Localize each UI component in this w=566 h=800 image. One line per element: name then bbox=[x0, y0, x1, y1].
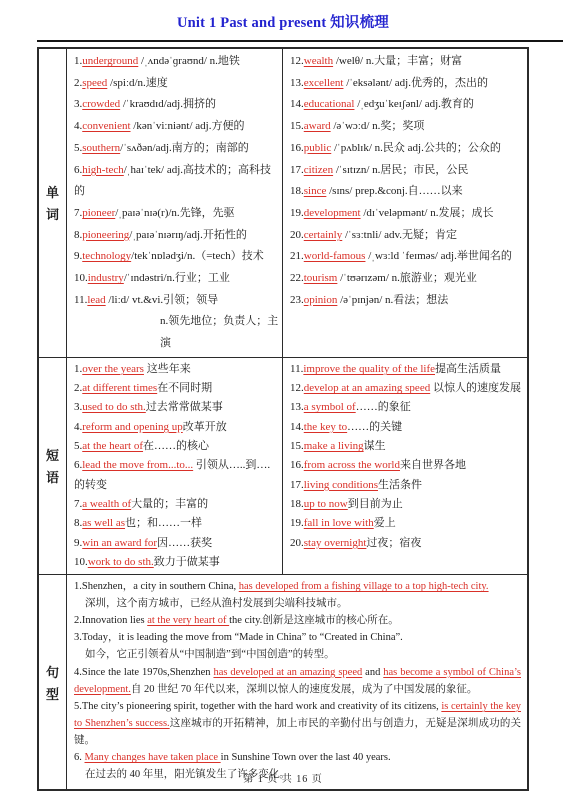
entry-number: 10. bbox=[74, 556, 88, 568]
phrases-section-label: 短语 bbox=[39, 358, 67, 574]
section-label-char: 词 bbox=[46, 204, 59, 223]
entry-keyword: crowded bbox=[82, 98, 120, 110]
word-entry: 1.underground /ˌʌndəˈɡraʊnd/ n.地铁 bbox=[74, 51, 279, 73]
entry-keyword: educational bbox=[304, 98, 355, 110]
entry-meaning: /ˈeksələnt/ adj.优秀的，杰出的 bbox=[343, 77, 488, 89]
entry-number: 20. bbox=[290, 229, 304, 241]
entry-meaning: 大量的；丰富的 bbox=[131, 498, 208, 510]
phrase-entry: 6.lead the move from...to... 引领从…..到….的转… bbox=[74, 456, 279, 495]
entry-meaning: /ˈsʌðən/adj.南方的；南部的 bbox=[120, 142, 249, 154]
entry-keyword: since bbox=[304, 185, 327, 197]
sentence-text: 6. bbox=[74, 752, 85, 763]
entry-number: 19. bbox=[290, 517, 304, 529]
entry-meaning: /əˈwɔːd/ n.奖；奖项 bbox=[331, 120, 425, 132]
entry-number: 20. bbox=[290, 537, 304, 549]
entry-keyword: develop at an amazing speed bbox=[304, 382, 430, 394]
entry-keyword: over the years bbox=[82, 363, 144, 375]
entry-keyword: at the heart of bbox=[82, 440, 143, 452]
entry-keyword: stay overnight bbox=[304, 537, 367, 549]
entry-number: 4. bbox=[74, 120, 82, 132]
entry-number: 5. bbox=[74, 142, 82, 154]
entry-keyword: excellent bbox=[304, 77, 344, 89]
words-left-column: 1.underground /ˌʌndəˈɡraʊnd/ n.地铁2.speed… bbox=[67, 49, 283, 357]
words-content: 1.underground /ˌʌndəˈɡraʊnd/ n.地铁2.speed… bbox=[67, 49, 527, 357]
entry-keyword: high-tech bbox=[82, 164, 124, 176]
entry-keyword: improve the quality of the life bbox=[303, 363, 435, 375]
word-entry: 6.high-tech/ˌhaɪˈtek/ adj.高技术的；高科技的 bbox=[74, 160, 279, 203]
phrases-right-column: 11.improve the quality of the life提高生活质量… bbox=[283, 358, 527, 574]
phrases-section: 短语 1.over the years 这些年来2.at different t… bbox=[39, 358, 527, 575]
entry-meaning: 来自世界各地 bbox=[400, 459, 466, 471]
entry-meaning: 致力于做某事 bbox=[154, 556, 220, 568]
entry-meaning: /ˈtʊərɪzəm/ n.旅游业；观光业 bbox=[337, 272, 477, 284]
entry-keyword: public bbox=[304, 142, 332, 154]
entry-number: 15. bbox=[290, 440, 304, 452]
entry-number: 3. bbox=[74, 98, 82, 110]
entry-keyword: a wealth of bbox=[82, 498, 131, 510]
document-page: Unit 1 Past and present 知识梳理 单词 1.underg… bbox=[0, 0, 566, 800]
entry-number: 16. bbox=[290, 459, 304, 471]
phrases-left-column: 1.over the years 这些年来2.at different time… bbox=[67, 358, 283, 574]
entry-meaning: /ˌpaɪəˈnɪə(r)/n.先锋，先驱 bbox=[115, 207, 234, 219]
word-entry: 4.convenient /kənˈviːniənt/ adj.方便的 bbox=[74, 116, 279, 138]
header-rule bbox=[37, 40, 563, 42]
entry-meaning: ……的象征 bbox=[356, 401, 411, 413]
sentence-text: 1.Shenzhen，a city in southern China, bbox=[74, 581, 239, 592]
sentence-text: 深圳，这个南方城市，已经从渔村发展到尖端科技城市。 bbox=[85, 598, 348, 609]
word-entry: 19.development /dɪˈveləpmənt/ n.发展；成长 bbox=[290, 203, 525, 225]
sentence-highlight: has developed from a fishing village to … bbox=[239, 581, 489, 592]
word-entry: 5.southern/ˈsʌðən/adj.南方的；南部的 bbox=[74, 138, 279, 160]
entry-keyword: pioneering bbox=[82, 229, 129, 241]
entry-keyword: fall in love with bbox=[304, 517, 374, 529]
phrase-entry: 7.a wealth of大量的；丰富的 bbox=[74, 495, 279, 514]
page-footer: 第 1 页 共 16 页 bbox=[0, 770, 566, 785]
entry-number: 7. bbox=[74, 207, 82, 219]
entry-keyword: award bbox=[304, 120, 331, 132]
sentence-text: the city.创新是这座城市的核心所在。 bbox=[229, 615, 399, 626]
word-entry: 9.technology/tekˈnɒlədʒi/n.（=tech）技术 bbox=[74, 246, 279, 268]
word-entry: 3.crowded /ˈkraʊdɪd/adj.拥挤的 bbox=[74, 94, 279, 116]
entry-number: 14. bbox=[290, 98, 304, 110]
entry-meaning: /ˌwɜːld ˈfeɪməs/ adj.举世闻名的 bbox=[365, 250, 511, 262]
entry-number: 18. bbox=[290, 498, 304, 510]
sentence-text: and bbox=[362, 667, 383, 678]
words-section-label: 单词 bbox=[39, 49, 67, 357]
entry-keyword: the key to bbox=[304, 421, 347, 433]
word-entry: 22.tourism /ˈtʊərɪzəm/ n.旅游业；观光业 bbox=[290, 268, 525, 290]
entry-keyword: used to do sth. bbox=[82, 401, 146, 413]
entry-keyword: technology bbox=[82, 250, 131, 262]
sentence-text: 如今，它正引领着从“中国制造”到“中国创造”的转型。 bbox=[85, 649, 335, 660]
phrase-entry: 17.living conditions生活条件 bbox=[290, 476, 525, 495]
sentence-item: 4.Since the late 1970s,Shenzhen has deve… bbox=[74, 664, 521, 698]
entry-number: 2. bbox=[74, 382, 82, 394]
entry-meaning: /əˈpɪnjən/ n.看法；想法 bbox=[337, 294, 448, 306]
phrase-entry: 9.win an award for因……获奖 bbox=[74, 534, 279, 553]
sentences-section-label: 句型 bbox=[39, 575, 67, 789]
entry-meaning: /ˈɪndəstri/n.行业；工业 bbox=[124, 272, 230, 284]
entry-meaning: 过夜；宿夜 bbox=[366, 537, 421, 549]
entry-number: 3. bbox=[74, 401, 82, 413]
entry-number: 17. bbox=[290, 164, 304, 176]
sentence-highlight: Many changes have taken place bbox=[85, 752, 221, 763]
entry-number: 7. bbox=[74, 498, 82, 510]
phrase-entry: 19.fall in love with爱上 bbox=[290, 514, 525, 533]
word-entry: 2.speed /spiːd/n.速度 bbox=[74, 73, 279, 95]
entry-keyword: lead the move from...to... bbox=[82, 459, 193, 471]
entry-keyword: convenient bbox=[82, 120, 130, 132]
sentence-highlight: at the very heart of bbox=[147, 615, 229, 626]
sentences-content: 1.Shenzhen，a city in southern China, has… bbox=[67, 575, 527, 789]
entry-keyword: from across the world bbox=[304, 459, 400, 471]
sentence-text: 4.Since the late 1970s,Shenzhen bbox=[74, 667, 213, 678]
entry-number: 21. bbox=[290, 250, 304, 262]
entry-number: 22. bbox=[290, 272, 304, 284]
entry-meaning: /spiːd/n.速度 bbox=[107, 77, 168, 89]
entry-keyword: industry bbox=[88, 272, 124, 284]
phrase-entry: 2.at different times在不同时期 bbox=[74, 379, 279, 398]
entry-meaning: 过去常常做某事 bbox=[146, 401, 223, 413]
entry-number: 2. bbox=[74, 77, 82, 89]
entry-keyword: pioneer bbox=[82, 207, 115, 219]
entry-meaning: /kənˈviːniənt/ adj.方便的 bbox=[131, 120, 245, 132]
entry-meaning: /welθ/ n.大量；丰富；财富 bbox=[333, 55, 462, 67]
phrase-entry: 11.improve the quality of the life提高生活质量 bbox=[290, 360, 525, 379]
entry-meaning: 谋生 bbox=[364, 440, 386, 452]
word-entry: 18.since /sɪns/ prep.&conj.自……以来 bbox=[290, 181, 525, 203]
sentence-text: 2.Innovation lies bbox=[74, 615, 147, 626]
phrase-entry: 1.over the years 这些年来 bbox=[74, 360, 279, 379]
word-entry: 8.pioneering/ˌpaɪəˈnɪərɪŋ/adj.开拓性的 bbox=[74, 225, 279, 247]
entry-number: 13. bbox=[290, 77, 304, 89]
word-entry: 23.opinion /əˈpɪnjən/ n.看法；想法 bbox=[290, 290, 525, 312]
phrase-entry: 20.stay overnight过夜；宿夜 bbox=[290, 534, 525, 553]
phrase-entry: 13.a symbol of……的象征 bbox=[290, 398, 525, 417]
entry-keyword: at different times bbox=[82, 382, 157, 394]
sentence-text: 5.The city’s pioneering spirit, together… bbox=[74, 701, 441, 712]
entry-keyword: work to do sth. bbox=[88, 556, 154, 568]
entry-number: 13. bbox=[290, 401, 304, 413]
sentence-text: in Sunshine Town over the last 40 years. bbox=[221, 752, 391, 763]
word-entry: 7.pioneer/ˌpaɪəˈnɪə(r)/n.先锋，先驱 bbox=[74, 203, 279, 225]
entry-meaning: 改革开放 bbox=[183, 421, 227, 433]
entry-number: 1. bbox=[74, 363, 82, 375]
entry-meaning: 在……的核心 bbox=[143, 440, 209, 452]
section-label-char: 句 bbox=[46, 662, 59, 681]
word-entry: 17.citizen /ˈsɪtɪzn/ n.居民；市民，公民 bbox=[290, 160, 525, 182]
entry-number: 6. bbox=[74, 459, 82, 471]
entry-meaning: 提高生活质量 bbox=[435, 363, 501, 375]
entry-keyword: southern bbox=[82, 142, 120, 154]
entry-keyword: up to now bbox=[304, 498, 348, 510]
entry-keyword: make a living bbox=[304, 440, 364, 452]
entry-keyword: development bbox=[304, 207, 361, 219]
entry-meaning: /ˌpaɪəˈnɪərɪŋ/adj.开拓性的 bbox=[129, 229, 247, 241]
entry-number: 19. bbox=[290, 207, 304, 219]
sentence-item: 2.Innovation lies at the very heart of t… bbox=[74, 612, 521, 629]
entry-keyword: living conditions bbox=[304, 479, 378, 491]
phrase-entry: 12.develop at an amazing speed 以惊人的速度发展 bbox=[290, 379, 525, 398]
phrase-entry: 18.up to now到目前为止 bbox=[290, 495, 525, 514]
phrases-content: 1.over the years 这些年来2.at different time… bbox=[67, 358, 527, 574]
section-label-char: 单 bbox=[46, 182, 59, 201]
entry-number: 11. bbox=[290, 363, 303, 375]
word-entry: 15.award /əˈwɔːd/ n.奖；奖项 bbox=[290, 116, 525, 138]
entry-number: 1. bbox=[74, 55, 82, 67]
phrase-entry: 4.reform and opening up改革开放 bbox=[74, 418, 279, 437]
entry-meaning: /ˈpʌblɪk/ n.民众 adj.公共的；公众的 bbox=[331, 142, 501, 154]
phrase-entry: 16.from across the world来自世界各地 bbox=[290, 456, 525, 475]
word-entry: 14.educational /ˌedʒuˈkeɪʃənl/ adj.教育的 bbox=[290, 94, 525, 116]
entry-number: 8. bbox=[74, 229, 82, 241]
entry-number: 9. bbox=[74, 250, 82, 262]
entry-keyword: as well as bbox=[82, 517, 125, 529]
entry-meaning: 以惊人的速度发展 bbox=[430, 382, 521, 394]
sentences-section: 句型 1.Shenzhen，a city in southern China, … bbox=[39, 575, 527, 789]
section-label-char: 语 bbox=[46, 467, 59, 486]
entry-meaning: /ˈsɜːtnli/ adv.无疑；肯定 bbox=[342, 229, 457, 241]
entry-meaning: /tekˈnɒlədʒi/n.（=tech）技术 bbox=[131, 250, 264, 262]
entry-number: 14. bbox=[290, 421, 304, 433]
entry-keyword: speed bbox=[82, 77, 107, 89]
entry-number: 12. bbox=[290, 55, 304, 67]
entry-meaning: /dɪˈveləpmənt/ n.发展；成长 bbox=[361, 207, 494, 219]
entry-keyword: citizen bbox=[304, 164, 333, 176]
word-entry: 10.industry/ˈɪndəstri/n.行业；工业 bbox=[74, 268, 279, 290]
entry-meaning: ……的关键 bbox=[347, 421, 402, 433]
entry-meaning: /ˌedʒuˈkeɪʃənl/ adj.教育的 bbox=[354, 98, 473, 110]
entry-meaning: /sɪns/ prep.&conj.自……以来 bbox=[326, 185, 462, 197]
word-entry: 13.excellent /ˈeksələnt/ adj.优秀的，杰出的 bbox=[290, 73, 525, 95]
entry-keyword: underground bbox=[82, 55, 138, 67]
word-entry: 12.wealth /welθ/ n.大量；丰富；财富 bbox=[290, 51, 525, 73]
entry-keyword: reform and opening up bbox=[82, 421, 183, 433]
word-entry: 21.world-famous /ˌwɜːld ˈfeɪməs/ adj.举世闻… bbox=[290, 246, 525, 268]
entry-extra-line: n.领先地位；负责人；主演 bbox=[74, 311, 279, 354]
entry-number: 10. bbox=[74, 272, 88, 284]
entry-keyword: a symbol of bbox=[304, 401, 356, 413]
knowledge-table: 单词 1.underground /ˌʌndəˈɡraʊnd/ n.地铁2.sp… bbox=[37, 47, 529, 791]
entry-number: 9. bbox=[74, 537, 82, 549]
words-section: 单词 1.underground /ˌʌndəˈɡraʊnd/ n.地铁2.sp… bbox=[39, 49, 527, 358]
entry-number: 8. bbox=[74, 517, 82, 529]
word-entry: 11.lead /liːd/ vt.&vi.引领；领导n.领先地位；负责人；主演 bbox=[74, 290, 279, 355]
entry-number: 11. bbox=[74, 294, 87, 306]
entry-keyword: lead bbox=[87, 294, 105, 306]
entry-meaning: 这些年来 bbox=[144, 363, 191, 375]
entry-number: 5. bbox=[74, 440, 82, 452]
entry-meaning: 在不同时期 bbox=[157, 382, 212, 394]
entry-number: 17. bbox=[290, 479, 304, 491]
section-label-char: 短 bbox=[46, 445, 59, 464]
phrase-entry: 15.make a living谋生 bbox=[290, 437, 525, 456]
sentence-item: 1.Shenzhen，a city in southern China, has… bbox=[74, 578, 521, 612]
entry-number: 23. bbox=[290, 294, 304, 306]
entry-meaning: /ˌʌndəˈɡraʊnd/ n.地铁 bbox=[138, 55, 240, 67]
entry-number: 15. bbox=[290, 120, 304, 132]
word-entry: 20.certainly /ˈsɜːtnli/ adv.无疑；肯定 bbox=[290, 225, 525, 247]
phrase-entry: 10.work to do sth.致力于做某事 bbox=[74, 553, 279, 572]
entry-meaning: /liːd/ vt.&vi.引领；领导 bbox=[106, 294, 218, 306]
sentence-text: 3.Today，it is leading the move from “Mad… bbox=[74, 632, 403, 643]
entry-number: 18. bbox=[290, 185, 304, 197]
phrase-entry: 14.the key to……的关键 bbox=[290, 418, 525, 437]
entry-number: 4. bbox=[74, 421, 82, 433]
words-right-column: 12.wealth /welθ/ n.大量；丰富；财富13.excellent … bbox=[283, 49, 527, 357]
entry-meaning: 爱上 bbox=[374, 517, 396, 529]
entry-keyword: opinion bbox=[304, 294, 338, 306]
phrase-entry: 5.at the heart of在……的核心 bbox=[74, 437, 279, 456]
word-entry: 16.public /ˈpʌblɪk/ n.民众 adj.公共的；公众的 bbox=[290, 138, 525, 160]
phrase-entry: 3.used to do sth.过去常常做某事 bbox=[74, 398, 279, 417]
entry-keyword: certainly bbox=[304, 229, 342, 241]
entry-keyword: tourism bbox=[304, 272, 338, 284]
sentence-text: 自 20 世纪 70 年代以来，深圳以惊人的速度发展，成为了中国发展的象征。 bbox=[131, 684, 478, 695]
entry-keyword: wealth bbox=[304, 55, 333, 67]
entry-meaning: /ˈkraʊdɪd/adj.拥挤的 bbox=[120, 98, 216, 110]
sentence-item: 3.Today，it is leading the move from “Mad… bbox=[74, 629, 521, 663]
entry-meaning: 生活条件 bbox=[378, 479, 422, 491]
entry-meaning: 因……获奖 bbox=[157, 537, 212, 549]
entry-keyword: world-famous bbox=[304, 250, 366, 262]
entry-number: 16. bbox=[290, 142, 304, 154]
sentence-item: 5.The city’s pioneering spirit, together… bbox=[74, 698, 521, 749]
page-title: Unit 1 Past and present 知识梳理 bbox=[0, 11, 566, 32]
entry-number: 6. bbox=[74, 164, 82, 176]
sentence-highlight: has developed at an amazing speed bbox=[213, 667, 362, 678]
entry-meaning: 到目前为止 bbox=[348, 498, 403, 510]
phrase-entry: 8.as well as也；和……一样 bbox=[74, 514, 279, 533]
section-label-char: 型 bbox=[46, 684, 59, 703]
entry-meaning: /ˈsɪtɪzn/ n.居民；市民，公民 bbox=[333, 164, 468, 176]
entry-number: 12. bbox=[290, 382, 304, 394]
entry-keyword: win an award for bbox=[82, 537, 157, 549]
entry-meaning: 也；和……一样 bbox=[125, 517, 202, 529]
